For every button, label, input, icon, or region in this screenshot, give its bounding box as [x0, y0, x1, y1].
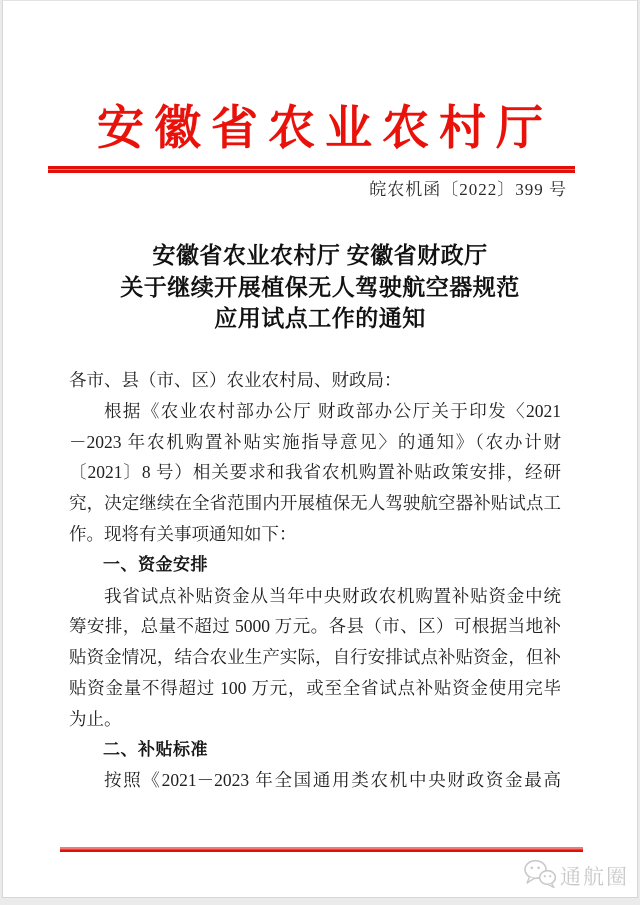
wechat-icon [523, 859, 556, 893]
footer-red-rule [60, 847, 583, 852]
document-body: 各市、县（市、区）农业农村局、财政局：根据《农业农村部办公厅 财政部办公厅关于印… [69, 365, 561, 796]
watermark-label: 通航圈 [560, 861, 629, 891]
body-line: 究，决定继续在全省范围内开展植保无人驾驶航空器补贴试点工 [69, 488, 561, 519]
letterhead-agency-name: 安徽省农业农村厅 [3, 91, 640, 158]
body-line: －2023 年农机购置补贴实施指导意见〉的通知》（农办计财 [69, 427, 561, 458]
body-line: 为止。 [69, 704, 561, 735]
letterhead-red-rule [48, 166, 575, 173]
body-line: 各市、县（市、区）农业农村局、财政局： [69, 365, 561, 396]
body-line: 贴资金情况，结合农业生产实际，自行安排试点补贴资金，但补 [69, 642, 561, 673]
watermark: 通航圈 [523, 859, 629, 893]
body-line: 筹安排，总量不超过 5000 万元。各县（市、区）可根据当地补 [69, 611, 561, 642]
document-page: 安徽省农业农村厅 皖农机函〔2022〕399 号 安徽省农业农村厅 安徽省财政厅… [2, 0, 638, 898]
body-line: 一、资金安排 [69, 550, 561, 581]
document-title-line: 关于继续开展植保无人驾驶航空器规范 [3, 272, 637, 304]
document-scan-page: { "letterhead": { "agency_name": "安徽省农业农… [0, 0, 640, 905]
body-line: 贴资金量不得超过 100 万元，或至全省试点补贴资金使用完毕 [69, 673, 561, 704]
body-line: 作。现将有关事项通知如下： [69, 519, 561, 550]
body-line: 〔2021〕8 号）相关要求和我省农机购置补贴政策安排，经研 [69, 457, 561, 488]
body-line: 按照《2021－2023 年全国通用类农机中央财政资金最高 [69, 765, 561, 796]
body-line: 我省试点补贴资金从当年中央财政农机购置补贴资金中统 [69, 581, 561, 612]
body-line: 二、补贴标准 [69, 735, 561, 766]
document-title-line: 应用试点工作的通知 [3, 303, 637, 335]
document-title-line: 安徽省农业农村厅 安徽省财政厅 [3, 240, 637, 272]
body-line: 根据《农业农村部办公厅 财政部办公厅关于印发〈2021 [69, 396, 561, 427]
document-title: 安徽省农业农村厅 安徽省财政厅 关于继续开展植保无人驾驶航空器规范 应用试点工作… [3, 240, 637, 335]
document-number: 皖农机函〔2022〕399 号 [369, 175, 567, 200]
